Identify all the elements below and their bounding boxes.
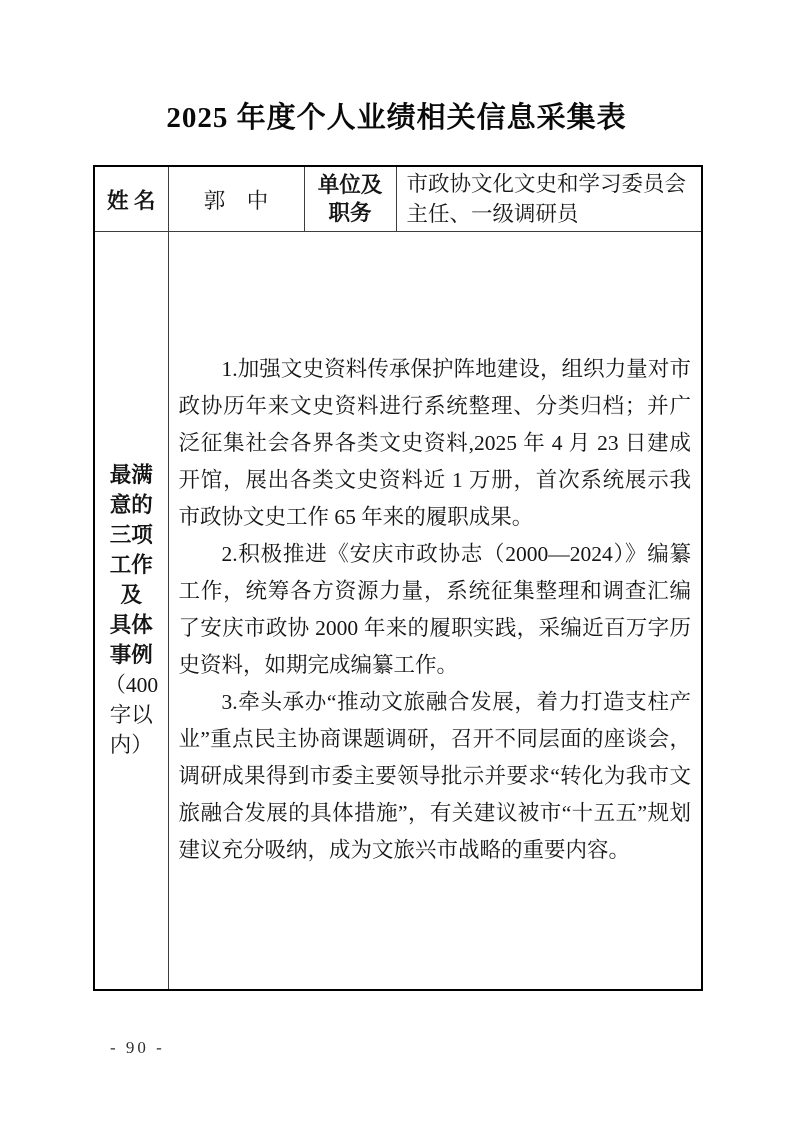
works-paragraph-1: 1.加强文史资料传承保护阵地建设，组织力量对市政协历年来文史资料进行系统整理、分…: [179, 351, 692, 536]
works-label-word-limit-note: （400 字以 内）: [95, 670, 168, 760]
name-value-cell: 郭 中: [168, 166, 304, 232]
works-paragraph-3: 3.牵头承办“推动文旅融合发展，着力打造支柱产业”重点民主协商课题调研，召开不同…: [179, 684, 692, 869]
works-label-text: 最满 意的 三项 工作 及 具体 事例: [95, 460, 168, 670]
works-label-cell: 最满 意的 三项 工作 及 具体 事例 （400 字以 内）: [94, 232, 168, 990]
performance-form-table: 姓 名 郭 中 单位及 职务 市政协文化文史和学习委员会 主任、一级调研员 最满…: [93, 165, 703, 991]
page-number: - 90 -: [110, 1038, 165, 1058]
header-row: 姓 名 郭 中 单位及 职务 市政协文化文史和学习委员会 主任、一级调研员: [94, 166, 702, 232]
works-paragraph-2: 2.积极推进《安庆市政协志（2000—2024）》编纂工作，统筹各方资源力量，系…: [179, 536, 692, 684]
works-row: 最满 意的 三项 工作 及 具体 事例 （400 字以 内） 1.加强文史资料传…: [94, 232, 702, 990]
unit-position-label-cell: 单位及 职务: [304, 166, 396, 232]
name-label-cell: 姓 名: [94, 166, 168, 232]
unit-position-value-cell: 市政协文化文史和学习委员会 主任、一级调研员: [396, 166, 702, 232]
page-title: 2025 年度个人业绩相关信息采集表: [0, 0, 793, 136]
works-content-cell: 1.加强文史资料传承保护阵地建设，组织力量对市政协历年来文史资料进行系统整理、分…: [168, 232, 702, 990]
document-page: 2025 年度个人业绩相关信息采集表 姓 名 郭 中 单位及 职务 市政协文化文…: [0, 0, 793, 1122]
